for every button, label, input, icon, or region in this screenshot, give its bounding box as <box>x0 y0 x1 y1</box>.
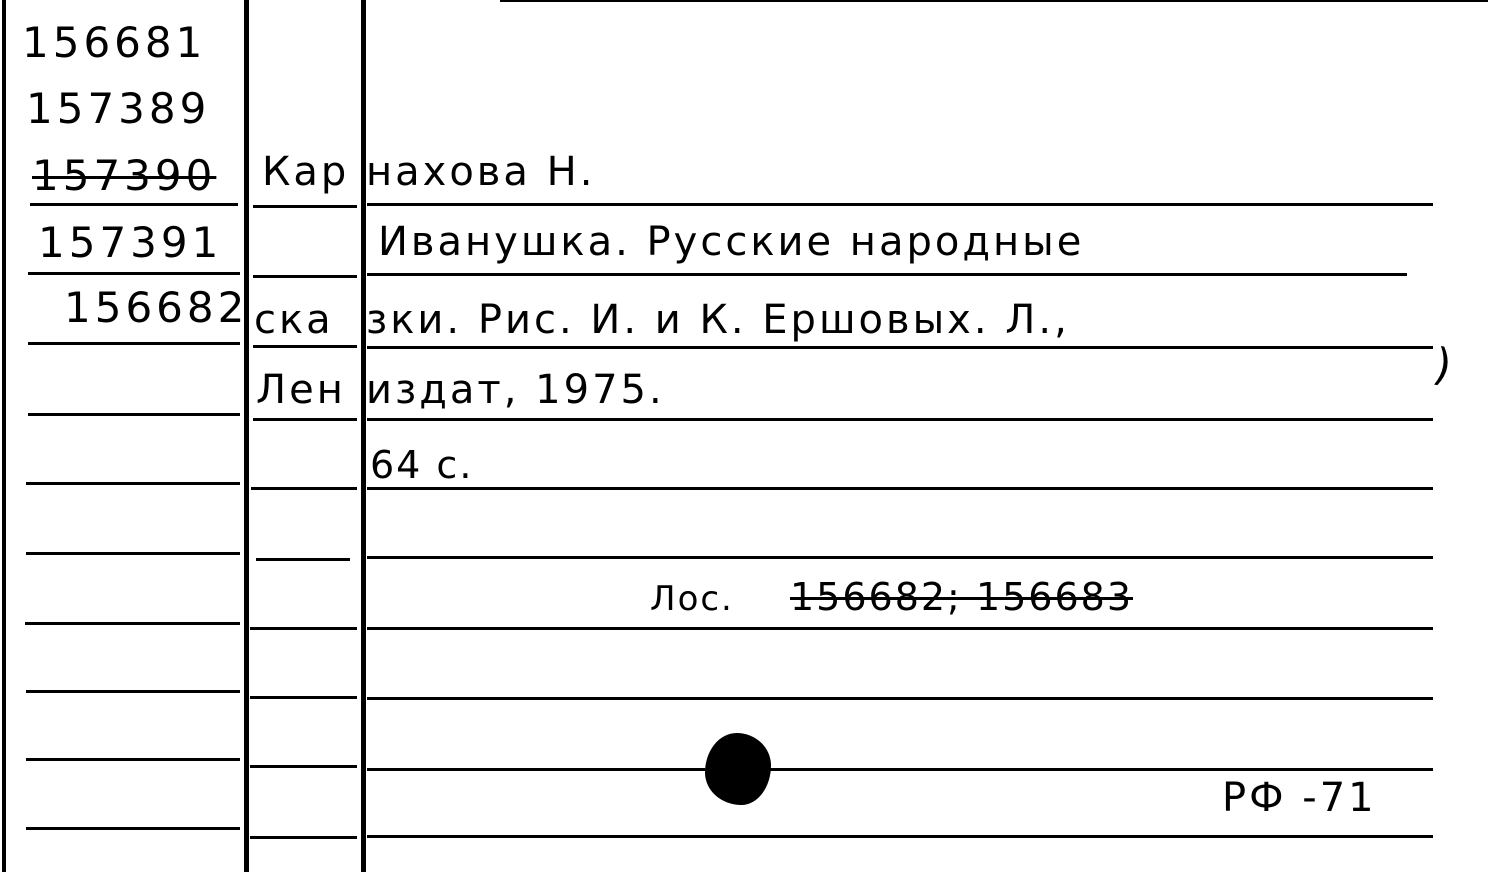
column-divider-2 <box>361 0 366 872</box>
rule-left <box>30 203 238 206</box>
description-line-2-col1: ска <box>254 300 334 340</box>
rule-left <box>26 758 240 761</box>
rule-middle <box>251 487 357 490</box>
rule-middle <box>250 836 357 839</box>
inventory-number: 156681 <box>22 22 206 64</box>
rule-left <box>28 342 240 345</box>
rule-main <box>367 627 1433 630</box>
description-line-2: зки. Рис. И. и К. Ершовых. Л., <box>366 300 1070 340</box>
rule-main <box>367 768 1433 771</box>
inventory-number-struck: 157390 <box>32 155 216 197</box>
rule-middle <box>253 205 357 208</box>
rule-middle <box>253 345 357 348</box>
author-part-col1: Кар <box>262 152 349 192</box>
note-prefix: Лос. <box>650 582 734 616</box>
note-numbers-struck: 156682; 156683 <box>790 578 1133 616</box>
rule-left <box>28 413 240 416</box>
handwritten-paren: ) <box>1430 339 1456 392</box>
rule-left <box>26 482 240 485</box>
rule-main <box>367 418 1433 421</box>
description-line-3: издат, 1975. <box>366 370 665 410</box>
rule-left <box>26 690 240 693</box>
rule-middle <box>250 627 357 630</box>
rule-middle <box>256 558 350 561</box>
author-part-col2: нахова Н. <box>366 152 595 192</box>
description-line-1: Иванушка. Русские народные <box>378 222 1084 262</box>
rule-main <box>367 346 1433 349</box>
rule-main <box>367 556 1433 559</box>
shelf-mark: РФ -71 <box>1222 778 1377 818</box>
description-line-3-col1: Лен <box>256 370 346 410</box>
rule-middle <box>250 765 357 768</box>
catalog-card: 156681 157389 157390 157391 156682 Кар н… <box>0 0 1488 872</box>
rule-main <box>367 835 1433 838</box>
rule-main <box>367 697 1433 700</box>
description-line-4: 64 с. <box>370 446 473 484</box>
rule-main <box>367 273 1407 276</box>
column-divider-1 <box>244 0 249 872</box>
rule-left <box>28 272 240 275</box>
rule-main <box>367 203 1433 206</box>
rule-left <box>26 552 240 555</box>
inventory-number: 157391 <box>38 222 222 264</box>
card-left-border <box>2 0 6 872</box>
rule-left <box>25 622 240 625</box>
rule-middle <box>253 275 357 278</box>
rule-main <box>367 487 1433 490</box>
card-top-edge <box>500 0 1488 2</box>
ink-blot <box>705 733 771 805</box>
inventory-number: 156682 <box>64 287 248 329</box>
rule-middle <box>250 696 357 699</box>
rule-left <box>26 827 240 830</box>
rule-middle <box>253 418 357 421</box>
inventory-number: 157389 <box>26 88 210 130</box>
